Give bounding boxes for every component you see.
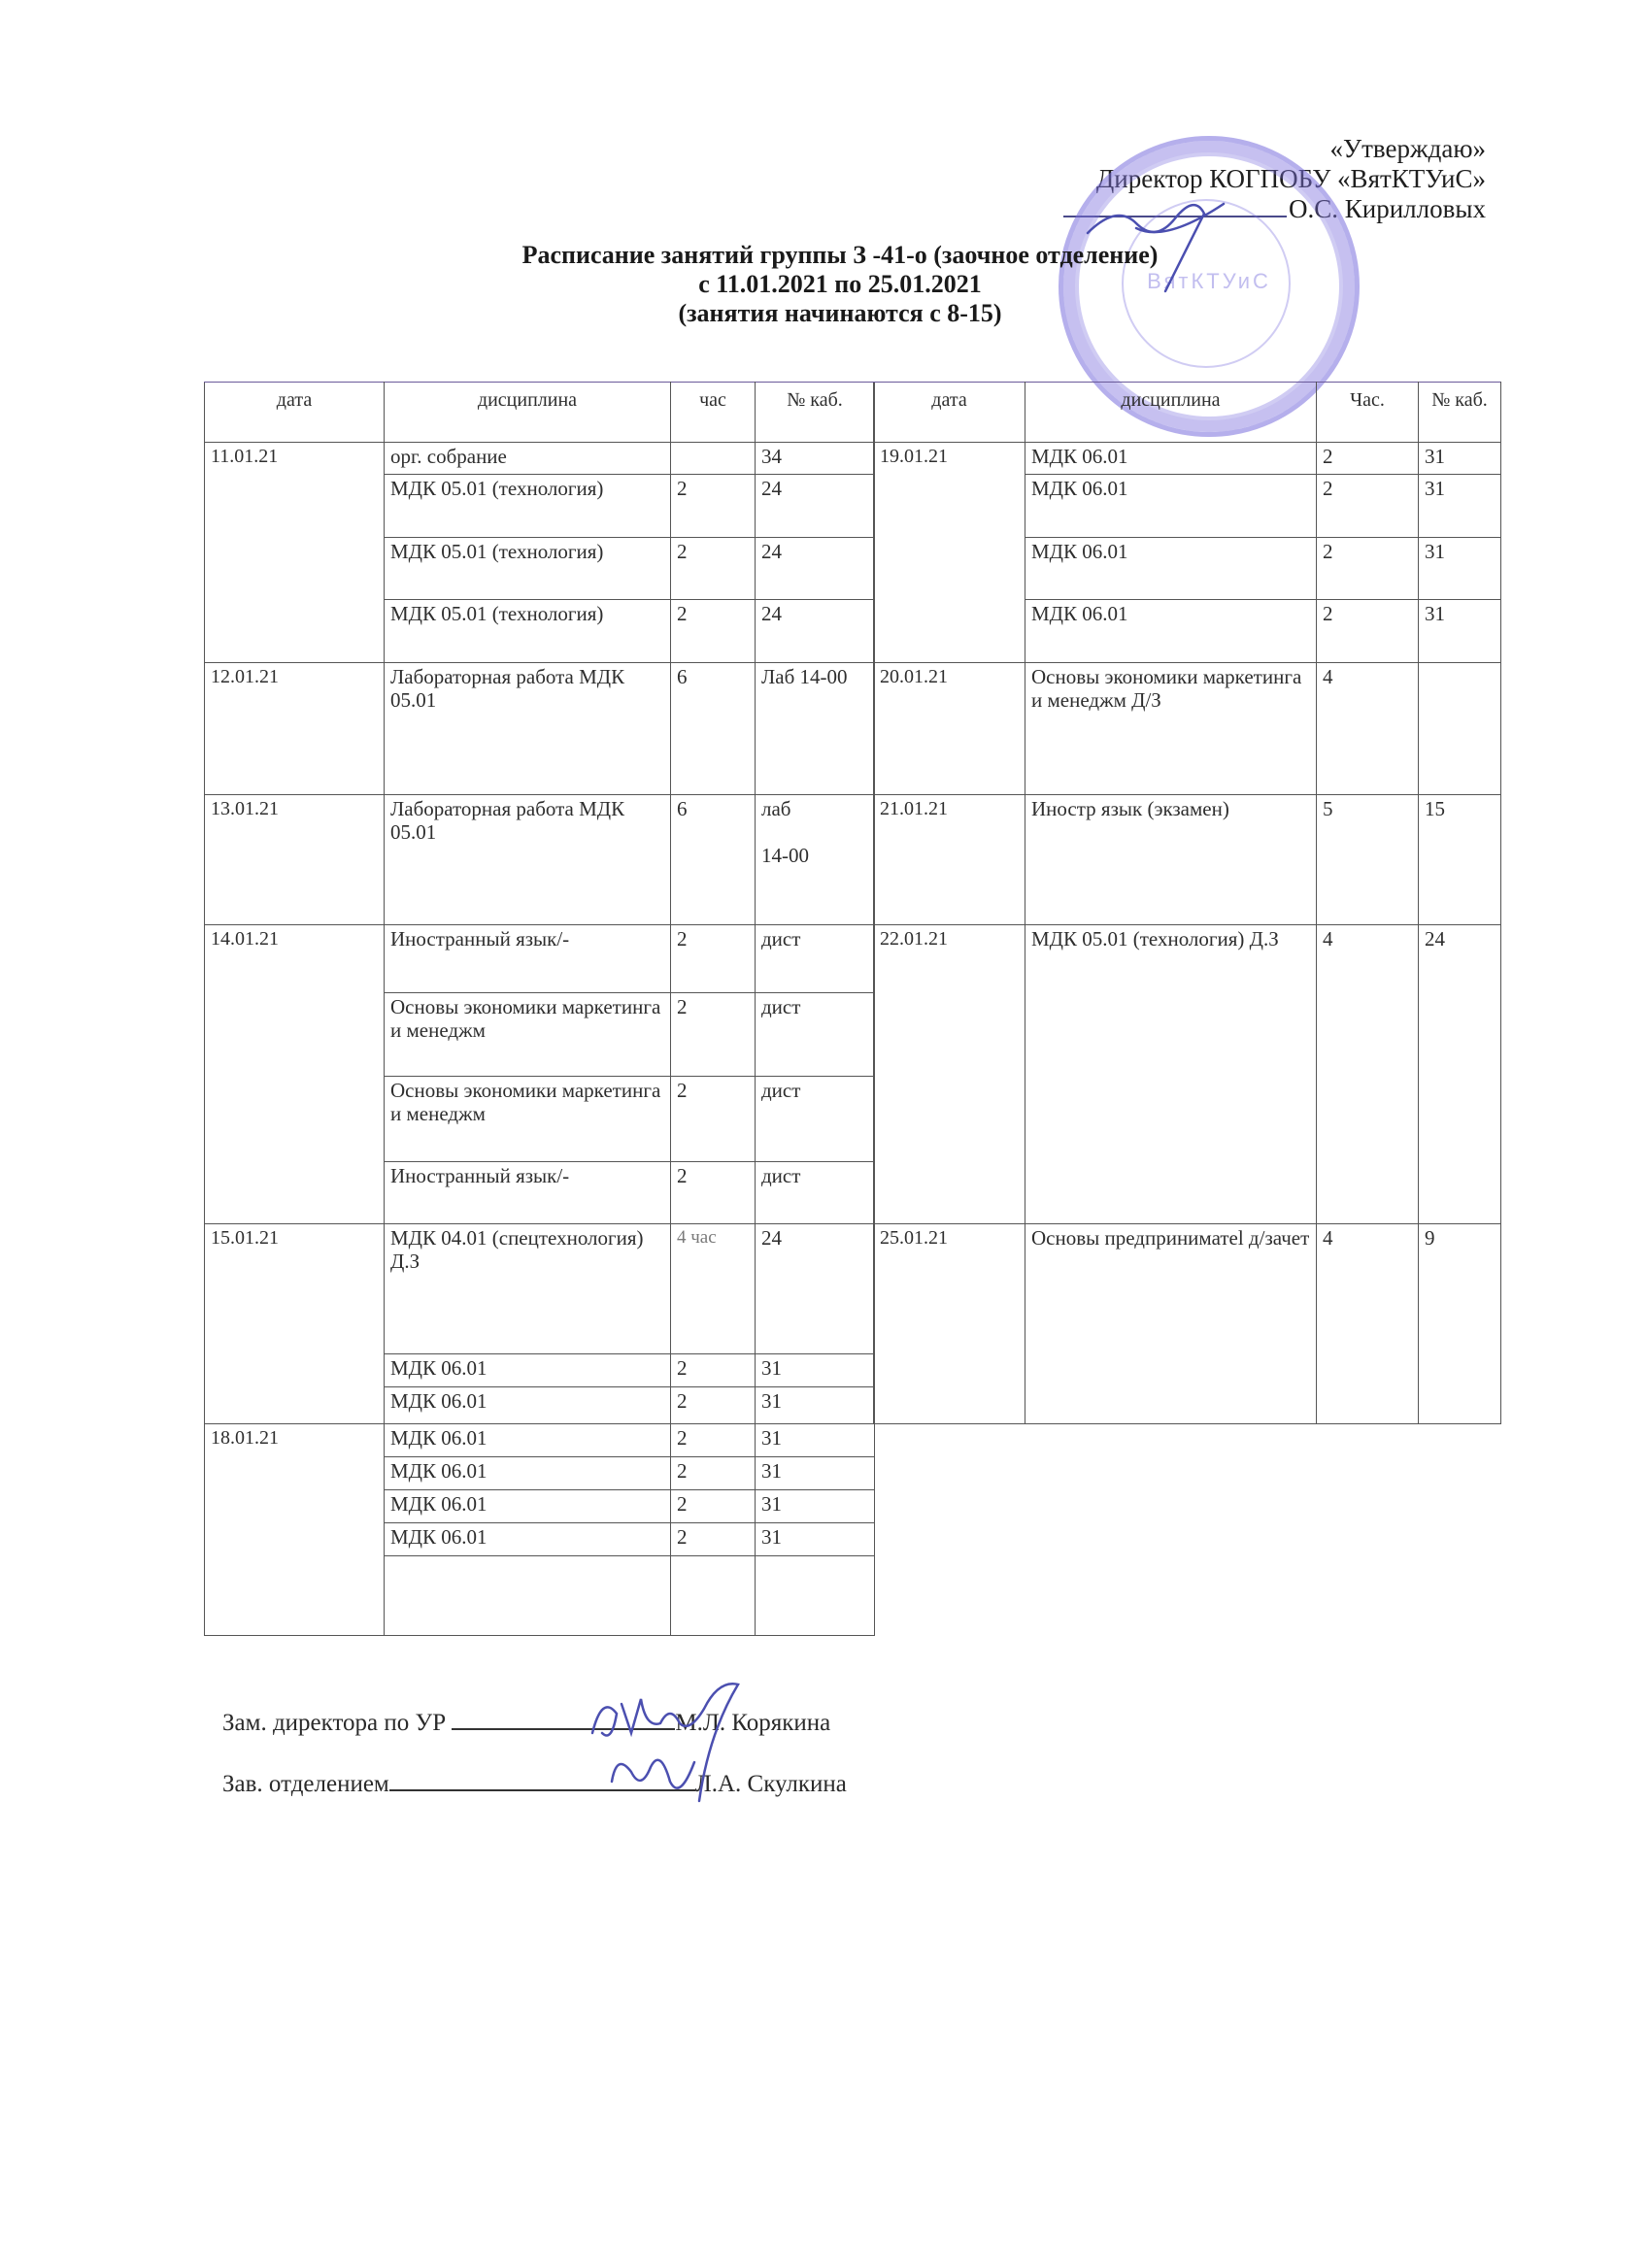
discipline-cell: МДК 05.01 (технология) [385,475,671,538]
table-row: 20.01.21Основы экономики маркетинга и ме… [874,663,1501,795]
room-cell: 31 [756,1354,875,1387]
room-cell [756,1556,875,1636]
hours-cell: 2 [671,925,756,993]
approval-signatory-line: О.С. Кирилловых [1063,194,1486,224]
hours-cell: 6 [671,795,756,925]
schedule-table-right: дата дисциплина Час. № каб. 19.01.21МДК … [873,382,1501,1424]
header-hours: час [671,383,756,443]
title-date-range: с 11.01.2021 по 25.01.2021 [427,270,1253,299]
date-cell: 21.01.21 [874,795,1025,925]
table-header-row: дата дисциплина час № каб. [205,383,875,443]
discipline-cell: Иностранный язык/- [385,1162,671,1224]
room-cell [1419,663,1501,795]
date-cell: 20.01.21 [874,663,1025,795]
discipline-cell: Иностранный язык/- [385,925,671,993]
date-cell: 22.01.21 [874,925,1025,1224]
table-row: 11.01.21орг. собрание34 [205,443,875,475]
discipline-cell: МДК 06.01 [385,1424,671,1457]
approval-signatory: О.С. Кирилловых [1289,194,1486,223]
room-cell: 31 [1419,600,1501,663]
deputy-label: Зам. директора по УР [222,1710,446,1736]
date-cell: 12.01.21 [205,663,385,795]
discipline-cell: МДК 05.01 (технология) [385,538,671,600]
discipline-cell [385,1556,671,1636]
room-cell: 34 [756,443,875,475]
header-discipline: дисциплина [385,383,671,443]
table-row: 22.01.21МДК 05.01 (технология) Д.З424 [874,925,1501,1224]
room-cell: дист [756,925,875,993]
room-cell: 31 [756,1424,875,1457]
room-cell: дист [756,1162,875,1224]
schedule-body-right: 19.01.21МДК 06.01231МДК 06.01231МДК 06.0… [874,443,1501,1424]
discipline-cell: Основы предприниматеl д/зачет [1025,1224,1317,1424]
approval-block: «Утверждаю» Директор КОГПОБУ «ВятКТУиС» … [1063,134,1486,224]
discipline-cell: МДК 04.01 (спецтехнология) Д.З [385,1224,671,1354]
hours-cell: 4 [1317,1224,1419,1424]
hours-cell: 2 [671,600,756,663]
schedule-table-left: дата дисциплина час № каб. 11.01.21орг. … [204,382,875,1636]
table-row: 18.01.21МДК 06.01231 [205,1424,875,1457]
approval-director: Директор КОГПОБУ «ВятКТУиС» [1063,164,1486,194]
room-cell: дист [756,1077,875,1162]
discipline-cell: МДК 06.01 [1025,443,1317,475]
hours-cell: 2 [1317,443,1419,475]
discipline-cell: МДК 06.01 [385,1490,671,1523]
signature-line [389,1770,695,1791]
discipline-cell: МДК 06.01 [1025,538,1317,600]
room-cell: 31 [1419,475,1501,538]
table-row: 12.01.21Лабораторная работа МДК 05.016Ла… [205,663,875,795]
hours-cell: 2 [671,1457,756,1490]
room-cell: 24 [756,600,875,663]
discipline-cell: МДК 06.01 [385,1387,671,1424]
schedule-body-left: 11.01.21орг. собрание34МДК 05.01 (технол… [205,443,875,1636]
hours-cell: 2 [1317,538,1419,600]
header-discipline: дисциплина [1025,383,1317,443]
room-cell: 31 [756,1457,875,1490]
table-row: 25.01.21Основы предприниматеl д/зачет49 [874,1224,1501,1424]
hours-cell [671,1556,756,1636]
hours-cell: 4 час [671,1224,756,1354]
discipline-cell: Лабораторная работа МДК 05.01 [385,795,671,925]
room-cell: дист [756,993,875,1077]
header-date: дата [874,383,1025,443]
hours-cell: 2 [671,1523,756,1556]
room-cell: 31 [756,1387,875,1424]
date-cell: 19.01.21 [874,443,1025,663]
hours-cell: 2 [1317,600,1419,663]
room-cell: 31 [756,1523,875,1556]
discipline-cell: МДК 06.01 [1025,475,1317,538]
table-row: 19.01.21МДК 06.01231 [874,443,1501,475]
title-line-1: Расписание занятий группы З -41-о (заочн… [427,241,1253,270]
discipline-cell: МДК 05.01 (технология) Д.З [1025,925,1317,1224]
date-cell: 15.01.21 [205,1224,385,1424]
discipline-cell: Иностр язык (экзамен) [1025,795,1317,925]
deputy-director-signature: Зам. директора по УР М.Л. Корякина [222,1709,830,1737]
hours-cell: 2 [671,993,756,1077]
signature-line [1063,196,1287,217]
hours-cell: 2 [671,1424,756,1457]
room-cell: 15 [1419,795,1501,925]
date-cell: 14.01.21 [205,925,385,1224]
hours-cell: 2 [671,538,756,600]
discipline-cell: МДК 06.01 [385,1457,671,1490]
discipline-cell: Основы экономики маркетинга и менеджм [385,993,671,1077]
hours-cell: 2 [671,1354,756,1387]
discipline-cell: Основы экономики маркетинга и менеджм [385,1077,671,1162]
hours-cell: 5 [1317,795,1419,925]
discipline-cell: МДК 06.01 [1025,600,1317,663]
hours-cell: 2 [671,1490,756,1523]
title-start-time: (занятия начинаются с 8-15) [427,299,1253,328]
room-cell: 31 [756,1490,875,1523]
room-cell: 24 [756,475,875,538]
room-cell: 24 [756,1224,875,1354]
table-row: 15.01.21МДК 04.01 (спецтехнология) Д.З4 … [205,1224,875,1354]
head-name: Л.А. Скулкина [695,1771,847,1797]
room-cell: 9 [1419,1224,1501,1424]
hours-cell: 4 [1317,925,1419,1224]
hours-cell: 6 [671,663,756,795]
table-row: 14.01.21Иностранный язык/-2дист [205,925,875,993]
room-cell: лаб 14-00 [756,795,875,925]
header-date: дата [205,383,385,443]
hours-cell: 2 [671,475,756,538]
table-header-row: дата дисциплина Час. № каб. [874,383,1501,443]
header-room: № каб. [1419,383,1501,443]
hours-cell: 2 [1317,475,1419,538]
date-cell: 13.01.21 [205,795,385,925]
room-cell: 24 [756,538,875,600]
table-row: 13.01.21Лабораторная работа МДК 05.016ла… [205,795,875,925]
discipline-cell: МДК 06.01 [385,1354,671,1387]
room-cell: 31 [1419,443,1501,475]
signature-line [452,1709,675,1730]
date-cell: 25.01.21 [874,1224,1025,1424]
hours-cell: 2 [671,1077,756,1162]
discipline-cell: орг. собрание [385,443,671,475]
table-row: 21.01.21Иностр язык (экзамен)515 [874,795,1501,925]
department-head-signature: Зав. отделениемЛ.А. Скулкина [222,1770,847,1798]
head-label: Зав. отделением [222,1771,389,1797]
room-cell: 31 [1419,538,1501,600]
hours-cell: 2 [671,1387,756,1424]
discipline-cell: Основы экономики маркетинга и менеджм Д/… [1025,663,1317,795]
schedule-title: Расписание занятий группы З -41-о (заочн… [427,241,1253,328]
header-room: № каб. [756,383,875,443]
discipline-cell: МДК 06.01 [385,1523,671,1556]
approval-heading: «Утверждаю» [1063,134,1486,164]
date-cell: 18.01.21 [205,1424,385,1636]
hours-cell: 4 [1317,663,1419,795]
discipline-cell: Лабораторная работа МДК 05.01 [385,663,671,795]
room-cell: Лаб 14-00 [756,663,875,795]
hours-cell [671,443,756,475]
deputy-name: М.Л. Корякина [675,1710,830,1736]
hours-cell: 2 [671,1162,756,1224]
date-cell: 11.01.21 [205,443,385,663]
header-hours: Час. [1317,383,1419,443]
room-cell: 24 [1419,925,1501,1224]
discipline-cell: МДК 05.01 (технология) [385,600,671,663]
